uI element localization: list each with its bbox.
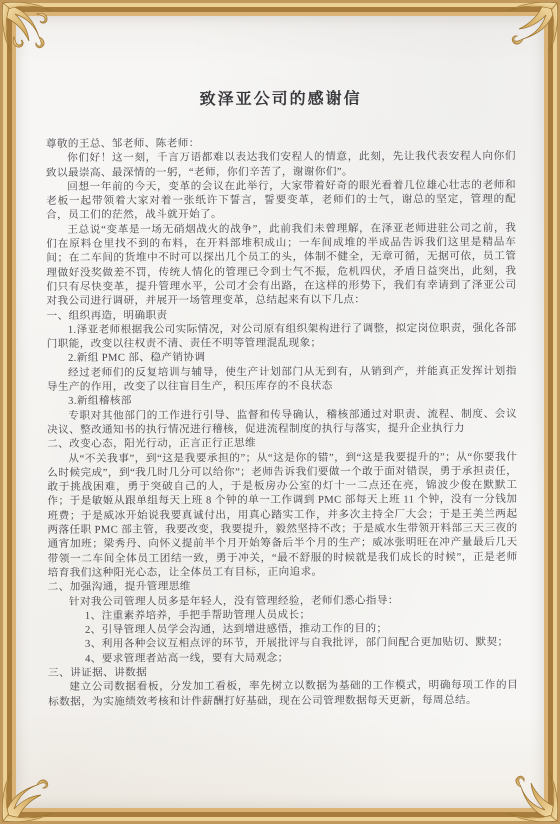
letter-paragraph: 经过老师们的反复培训与辅导，使生产计划部门从无到有，从销到产，并能真正发挥计划指… <box>47 365 517 396</box>
letter-paper: 致泽亚公司的感谢信 尊敬的王总、邹老师、陈老师： 你们好！这一刻，千言万语都难以… <box>16 16 544 808</box>
letter-paragraph: 王总说“变革是一场无硝烟战火的战争”，此前我们未曾理解，在泽亚老师进驻公司之前，… <box>46 222 516 310</box>
letter-paragraph: 1.泽亚老师根据我公司实际情况，对公司原有组织架构进行了调整，拟定岗位职责，强化… <box>47 322 517 353</box>
frame-corner-ornament-icon <box>494 758 560 824</box>
letter-title: 致泽亚公司的感谢信 <box>46 85 516 110</box>
letter-paragraph: 专职对其他部门的工作进行引导、监督和传导确认，稽核部通过对职责、流程、制度、会议… <box>47 408 517 439</box>
letter-body: 尊敬的王总、邹老师、陈老师： 你们好！这一刻，千言万语都难以表达我们安程人的情意… <box>46 136 518 710</box>
letter-paragraph: 从“不关我事”，到“这是我要承担的”；从“这是你的错”，到“这是我要提升的”；从… <box>47 451 518 582</box>
letter-paragraph: 你们好！这一刻，千言万语都难以表达我们安程人的情意，此刻，先让我代表安程人向你们… <box>46 150 516 181</box>
letter-paragraph: 回想一年前的今天，变革的会议在此举行，大家带着好奇的眼光看着几位雄心壮志的老师和… <box>46 179 516 224</box>
list-item: 3、利用各种会议互相点评的环节，开展批评与自我批评，部门间配合更加贴切、默契； <box>85 636 518 652</box>
frame-corner-ornament-icon <box>494 0 560 66</box>
gold-picture-frame: 致泽亚公司的感谢信 尊敬的王总、邹老师、陈老师： 你们好！这一刻，千言万语都难以… <box>0 0 560 824</box>
letter-sheet: 致泽亚公司的感谢信 尊敬的王总、邹老师、陈老师： 你们好！这一刻，千言万语都难以… <box>45 31 518 793</box>
frame-corner-ornament-icon <box>0 0 66 66</box>
frame-corner-ornament-icon <box>0 758 66 824</box>
letter-paragraph: 建立公司数据看板，分发加工看板，率先树立以数据为基础的工作模式，明确每项工作的目… <box>48 679 518 710</box>
